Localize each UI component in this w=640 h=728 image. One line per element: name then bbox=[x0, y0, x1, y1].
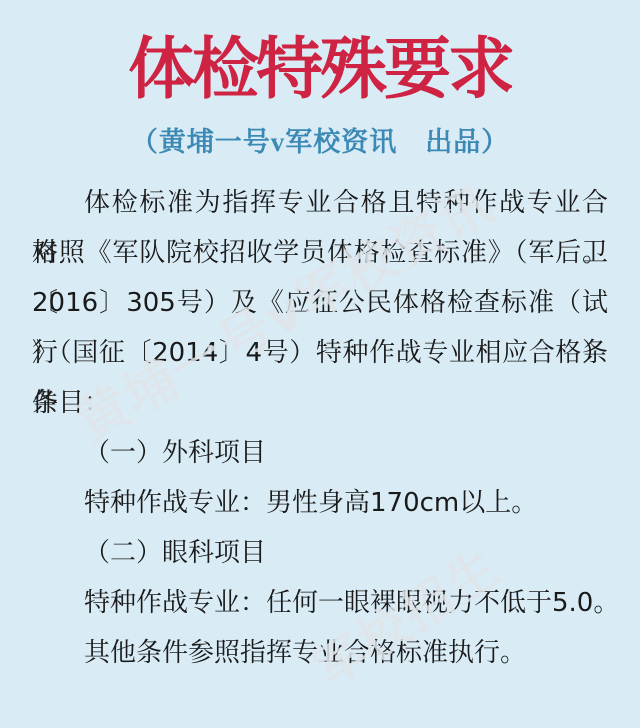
body-line: 特种作战专业：男性身高170cm以上。 bbox=[32, 478, 608, 528]
body-line: 条目： bbox=[32, 378, 608, 428]
page-title: 体检特殊要求 bbox=[0, 32, 640, 107]
body-text: 体检标准为指挥专业合格且特种作战专业合格。 对照《军队院校招收学员体格检查标准》… bbox=[32, 178, 608, 678]
page-subtitle: （黄埔一号v军校资讯 出品） bbox=[0, 120, 640, 159]
body-line: 其他条件参照指挥专业合格标准执行。 bbox=[32, 628, 608, 678]
body-line: 》（国征〔2014〕4号）特种作战专业相应合格条件 bbox=[32, 328, 608, 378]
body-line: 体检标准为指挥专业合格且特种作战专业合格。 bbox=[32, 178, 608, 228]
body-line: 特种作战专业：任何一眼裸眼视力不低于5.0。 bbox=[32, 578, 608, 628]
poster-page: 体检特殊要求 （黄埔一号v军校资讯 出品） 体检标准为指挥专业合格且特种作战专业… bbox=[0, 0, 640, 728]
body-line: 2016〕305号）及《应征公民体格检查标准（试行） bbox=[32, 278, 608, 328]
body-line: 对照《军队院校招收学员体格检查标准》（军后卫〔 bbox=[32, 228, 608, 278]
body-line: （二）眼科项目 bbox=[32, 528, 608, 578]
body-line: （一）外科项目 bbox=[32, 428, 608, 478]
